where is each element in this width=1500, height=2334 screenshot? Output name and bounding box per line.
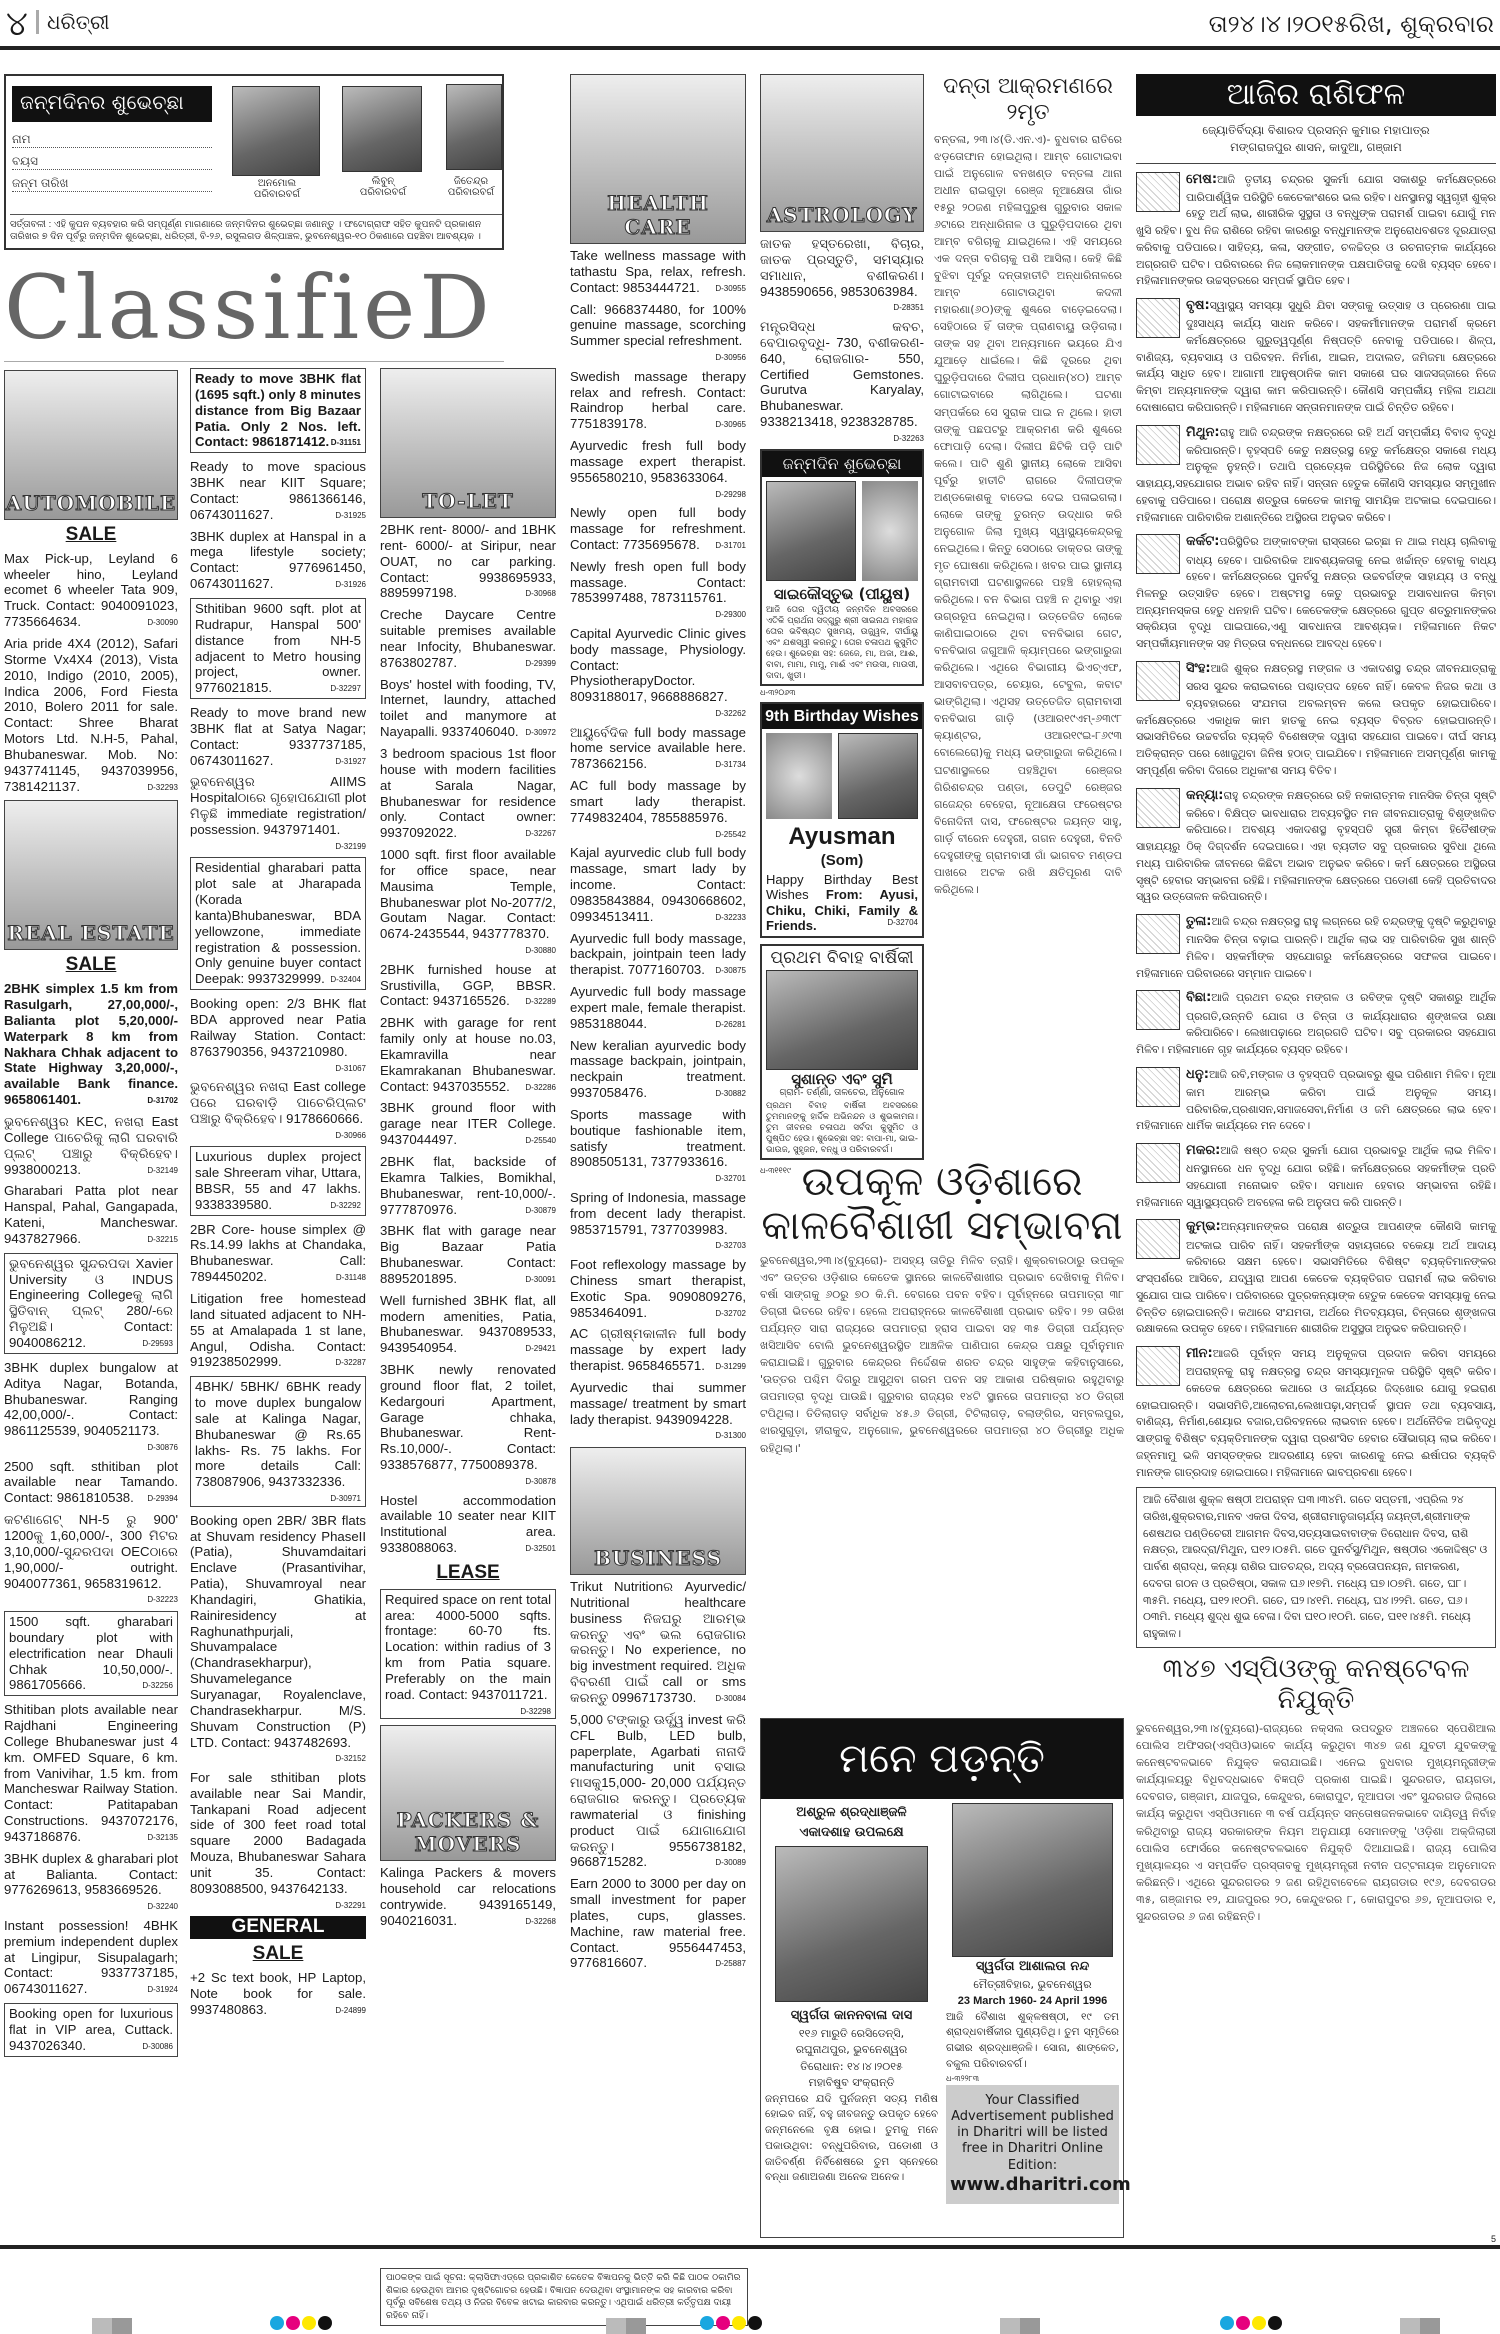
child-name: Ayusman (762, 823, 922, 852)
ad-text: 3BHK newly renovated ground floor flat, … (380, 1362, 556, 1472)
classified-ad: 3BHK ground floor with garage near ITER … (380, 1100, 556, 1148)
classified-ad: ଭୁବନେଶ୍ୱର ସୁନ୍ଦରପଦା Xavier University ଓ … (4, 1253, 178, 1354)
couple-names: ସୁଶାନ୍ତ ଏବଂ ସୁମି (762, 1070, 922, 1088)
zodiac-name: ମିଥୁନ: (1186, 425, 1220, 440)
print-gray-mark (1000, 2318, 1040, 2334)
issue-date: ତା୨୪।୪।୨୦୧୫ରିଖ, ଶୁକ୍ରବାର (1209, 10, 1494, 38)
ad-text: 5,000 ଟଙ୍କାରୁ ଊର୍ଦ୍ଧ୍ୱ invest କରି CFL Bu… (570, 1712, 746, 1870)
zodiac-entry: ବୃଷ:ସ୍ୱାସ୍ଥ୍ୟ ସମସ୍ୟା ସୁଧୁରି ଯିବା ସଙ୍ଗକୁ … (1136, 296, 1496, 417)
ad-text: Trikut Nutritionର Ayurvedic/ Nutritional… (570, 1579, 746, 1705)
deceased-photo-1 (775, 1846, 928, 2002)
classified-ad: Take wellness massage with tathastu Spa,… (570, 248, 746, 296)
zodiac-name: ତୁଳା: (1186, 914, 1212, 929)
healthcare-image: HEALTH CARE (570, 74, 746, 244)
ad-code: D-31299 (715, 1362, 746, 1372)
classified-ad: Litigation free homestead land situated … (190, 1291, 366, 1370)
ad-code: D-30966 (335, 1131, 366, 1141)
child-photo-2 (342, 86, 422, 172)
zodiac-sign-icon (1136, 788, 1180, 828)
age-field[interactable]: ବୟସ (12, 154, 212, 170)
ad-text: Sports massage with boutique fashionable… (570, 1107, 746, 1170)
ad-text: ଭୁବନେଶ୍ୱର ନଖରା East college ପରେ ଘରବାଡ଼ି … (190, 1079, 366, 1126)
ad-code: D-31151 (331, 438, 361, 448)
ad-code: D-29394 (147, 1494, 178, 1504)
zodiac-name: ସିଂହ: (1186, 661, 1211, 676)
classified-ad: 2BHK simplex 1.5 km from Rasulgarh, 27,0… (4, 981, 178, 1108)
reader-notice: ପାଠକଙ୍କ ପାଇଁ ସୂଚନା: କ୍ଲାସିଫାଏଡ୍‌ରେ ପ୍ରକା… (380, 2268, 748, 2326)
ad-code: D-32256 (142, 1681, 173, 1691)
classified-ad: For sale sthitiban plots available near … (190, 1770, 366, 1910)
classified-ad: 2500 sqft. sthitiban plot available near… (4, 1459, 178, 1507)
ad-code: D-30972 (525, 728, 556, 738)
child-photo (766, 481, 856, 581)
tribute-heading: ଅଶ୍ରୁଳ ଶ୍ରଦ୍ଧାଞ୍ଜଳି (765, 1803, 938, 1823)
classified-ad: ଜାତକ ହସ୍ତରେଖା, ବିଚାର, ଜାତକ ପ୍ରସ୍ତୁତି, ସମ… (760, 236, 924, 313)
ad-code: D-32268 (525, 1917, 556, 1927)
ad-text: Spring of Indonesia, massage from decent… (570, 1190, 746, 1237)
print-gray-mark (92, 2318, 132, 2334)
page-header: ୪ ଧରିତ୍ରୀ ତା୨୪।୪।୨୦୧୫ରିଖ, ଶୁକ୍ରବାର (0, 0, 1500, 50)
classified-ad: Luxurious duplex project sale Shreeram v… (190, 1146, 366, 1215)
classified-ad: Hostel accommodation available 10 seater… (380, 1493, 556, 1556)
ad-code: D-32287 (335, 1358, 366, 1368)
classified-ad: 3BHK duplex & gharabari plot at Balianta… (4, 1851, 178, 1912)
ad-code: D-30880 (525, 946, 556, 956)
classified-ad: 2BHK furnished house at Srustivilla, GGP… (380, 962, 556, 1010)
ad-code: D-31925 (335, 511, 366, 521)
ad-text: Newly fresh open full body massage. Cont… (570, 559, 746, 606)
zodiac-name: ମକର: (1186, 1143, 1220, 1158)
ad-code: D-32135 (147, 1833, 178, 1843)
classified-ad: 3BHK duplex at Hanspal in a mega lifesty… (190, 529, 366, 592)
news-kalbaisakhi: ଉପକୂଳ ଓଡ଼ିଶାରେ କାଳବୈଶାଖୀ ସମ୍ଭାବନା ଭୁବନେଶ… (760, 1160, 1124, 1457)
sale-heading: SALE (4, 524, 178, 547)
ad-code: D-32292 (330, 1201, 361, 1211)
ad-code: D-29593 (142, 1339, 173, 1349)
name-field[interactable]: ନାମ (12, 132, 212, 148)
zodiac-sign-icon (1136, 1067, 1180, 1107)
zodiac-entry: କର୍କଟ:ପରିସ୍ଥିତିର ଅଙ୍କାବଙ୍କା ରାସ୍ତାରେ ଇଚ୍… (1136, 532, 1496, 653)
classified-ad: AC full body massage by smart lady thera… (570, 778, 746, 839)
zodiac-name: କନ୍ୟା: (1186, 788, 1223, 803)
classified-ad: 3BHK flat with garage near Big Bazaar Pa… (380, 1223, 556, 1286)
ad-code: D-32404 (330, 975, 361, 985)
classified-ad: 2BR Core- house simplex @ Rs.14.99 lakhs… (190, 1222, 366, 1285)
column-real-estate-2: Ready to move 3BHK flat (1695 sqft.) onl… (190, 368, 366, 2023)
anniversary-ad: ପ୍ରଥମ ବିବାହ ବାର୍ଷିକୀ ସୁଶାନ୍ତ ଏବଂ ସୁମି ଗ୍… (760, 944, 924, 1160)
zodiac-sign-icon (1136, 990, 1180, 1030)
classified-ad: AC ଗ୍ରୀଷ୍ମକାଳୀନ full body massage by exp… (570, 1326, 746, 1374)
classified-ad: 3BHK duplex bungalow at Aditya Nagar, Bo… (4, 1360, 178, 1453)
classified-ad: Swedish massage therapy relax and refres… (570, 369, 746, 432)
news-body: ଭୁବନେଶ୍ୱର,୨୩।୪(ବ୍ୟୁରୋ)-ରାଜ୍ୟରେ ନକ୍ସଲ ଉପଦ… (1136, 1720, 1496, 1925)
ad-text: ଜାତକ ହସ୍ତରେଖା, ବିଚାର, ଜାତକ ପ୍ରସ୍ତୁତି, ସମ… (760, 236, 924, 299)
ad-text: 4BHK/ 5BHK/ 6BHK ready to move duplex bu… (195, 1379, 361, 1489)
zodiac-entry: ମିଥୁନ:ରାହୁ ଆଜି ଚନ୍ଦ୍ରଙ୍କ ନକ୍ଷତ୍ରରେ ରହି ଅ… (1136, 423, 1496, 527)
classified-ad: Booking open for luxurious flat in VIP a… (4, 2003, 178, 2057)
ad-code: D-31701 (715, 541, 746, 551)
photo-caption-2: ଲିବୁନ୍ପରିବାରବର୍ଗ (338, 176, 428, 198)
ad-code: D-32703 (715, 1241, 746, 1251)
cmyk-registration-mark (1220, 2316, 1284, 2334)
automobile-image: AUTOMOBILE (4, 370, 178, 520)
ad-code: D-32223 (147, 1595, 178, 1605)
classified-ad: 1500 sqft. gharabari boundary plot with … (4, 1611, 178, 1696)
print-gray-mark (1400, 2318, 1440, 2334)
classified-ad: 3BHK newly renovated ground floor flat, … (380, 1362, 556, 1487)
tribute-subheading: ଏକାଦଶାହ ଉପଲକ୍ଷେ (765, 1823, 938, 1843)
ad-code: D-25540 (525, 1136, 556, 1146)
zodiac-name: ବୃଷ: (1186, 298, 1210, 313)
ad-code: D-32289 (525, 997, 556, 1007)
ad-code: D-31702 (147, 1096, 178, 1106)
ad-text: 1000 sqft. first floor available for off… (380, 847, 556, 941)
horoscope-section: ଆଜିର ରାଶିଫଳ ଜ୍ୟୋତିର୍ବିଦ୍ୟା ବିଶାରଦ ପ୍ରସନ୍… (1136, 74, 1496, 1925)
ad-code: D-32291 (335, 1901, 366, 1911)
zodiac-sign-icon (1136, 661, 1180, 701)
ad-code: D-29298 (715, 490, 746, 500)
memorial-message-2: ଆଜି ବୈଶାଖ ଶୁକ୍ଳଷଷ୍ଠୀ, ୧୯ ତମ ଶ୍ରାଦ୍ଧବାର୍ଷ… (946, 2010, 1119, 2073)
ad-code: D-31734 (715, 760, 746, 770)
classified-ad: Ayurvedic full body massage, backpain, j… (570, 931, 746, 979)
ad-code: D-29421 (525, 1344, 556, 1354)
zodiac-sign-icon (1136, 172, 1180, 212)
ad-text: Aria pride 4X4 (2012), Safari Storme Vx4… (4, 636, 178, 794)
ad-code: D-24899 (335, 2006, 366, 2016)
classified-ad: Call: 9668374480, for 100% genuine massa… (570, 302, 746, 363)
zodiac-prediction: ରାହୁ ଚନ୍ଦ୍ରଙ୍କ ନକ୍ଷତ୍ରରେ ରହି ନକାରାତ୍ମକ ମ… (1136, 789, 1496, 904)
ad-code: D-30876 (147, 1443, 178, 1453)
ad-text: Residential gharabari patta plot sale at… (195, 860, 361, 986)
zodiac-prediction: ଅନ୍ୟମାନଙ୍କର ପରୋକ୍ଷ ଶତ୍ରୁତା ଆପଣଙ୍କ କୌଣସି … (1136, 1220, 1496, 1335)
classified-ad: Ayurvedic thai summer massage/ treatment… (570, 1380, 746, 1441)
business-image: BUSINESS (570, 1447, 746, 1575)
memorial-message-1: ଜନ୍ମପରେ ଯଦି ପୁର୍ନଜନ୍ମ ସତ୍ୟ ମଣିଷ ହୋଇବ ନାହ… (765, 2092, 938, 2187)
ad-code: D-29300 (715, 610, 746, 620)
classified-ad: Sports massage with boutique fashionable… (570, 1107, 746, 1184)
ad-code: D-32702 (715, 1309, 746, 1319)
classified-ad: 2BHK flat, backside of Ekamra Talkies, B… (380, 1154, 556, 1217)
news-headline: ୩୪୭ ଏସ୍‌ପିଓଙ୍କୁ କନଷ୍ଟେବଳ ନିଯୁକ୍ତି (1136, 1654, 1496, 1716)
ad-text: 3 bedroom spacious 1st floor house with … (380, 746, 556, 840)
balloons-icon (862, 481, 918, 581)
ad-text: Sthitiban 9600 sqft. plot at Rudrapur, H… (195, 601, 361, 695)
ad-code: D-30882 (715, 1089, 746, 1099)
zodiac-entry: ମକର:ଆଜି ଷଷ୍ଠ ଚନ୍ଦ୍ର ସୁକର୍ମା ଯୋଗ ପ୍ରଭାବରୁ… (1136, 1141, 1496, 1211)
ad-code: D-32293 (147, 783, 178, 793)
classified-ad: Ayurvedic fresh full body massage expert… (570, 438, 746, 499)
birthday-wish-title: ଜନ୍ମଦିନ ଶୁଭେଚ୍ଛା (762, 451, 922, 476)
ad-code: D-32149 (147, 1166, 178, 1176)
coupon-terms: ସର୍ତ୍ତାବଳୀ : ଏହି କୁପନ ବ୍ୟବହାର କରି ସମ୍ପୂର… (10, 214, 502, 244)
online-edition-promo: Your Classified Advertisement published … (946, 2085, 1119, 2205)
ad-code: D-31148 (336, 1273, 366, 1283)
couple-photo (766, 970, 918, 1070)
anniversary-message: ପ୍ରଥମ ବିବାହ ବାର୍ଷିକୀ ଅବସରରେ ତୁମମାନଙ୍କୁ ହ… (762, 1099, 922, 1158)
classified-ad: Earn 2000 to 3000 per day on small inves… (570, 1876, 746, 1971)
deceased-name-1: ସ୍ୱର୍ଗତା କାନନବାଳା ଦାସ (765, 2006, 938, 2026)
classified-ad: Booking open: 2/3 BHK flat BDA approved … (190, 996, 366, 1073)
ad-text: 2BHK simplex 1.5 km from Rasulgarh, 27,0… (4, 981, 178, 1107)
column-healthcare-business: HEALTH CARE Take wellness massage with t… (570, 74, 746, 1977)
ad-code: D-28351 (893, 303, 924, 313)
ayusman-photo (838, 733, 918, 819)
life-dates: 23 March 1960- 24 April 1996 (946, 1993, 1119, 2010)
classified-ad: 5,000 ଟଙ୍କାରୁ ଊର୍ଦ୍ଧ୍ୱ invest କରି CFL Bu… (570, 1712, 746, 1870)
couple-village: ଗ୍ରାମ- ତର୍ଣ୍ଣାଁ, ତାଳଚେର, ଅନୁଗୋଳ (762, 1088, 922, 1099)
ad-code: D-32152 (335, 1754, 366, 1764)
ad-text: Booking open: 2/3 BHK flat BDA approved … (190, 996, 366, 1059)
classified-ad: ଭୁବନେଶ୍ୱର ନଖରା East college ପରେ ଘରବାଡ଼ି … (190, 1079, 366, 1140)
ad-code: D-32298 (520, 1707, 551, 1717)
birthday-coupon: ଜନ୍ମଦିନର ଶୁଭେଚ୍ଛା ନାମ ବୟସ ଜନ୍ମ ତାରିଖ ଅନମ… (4, 74, 504, 250)
ad-code: D-32297 (330, 684, 361, 694)
classified-ad: Capital Ayurvedic Clinic gives body mass… (570, 626, 746, 719)
ad-text: Capital Ayurvedic Clinic gives body mass… (570, 626, 746, 704)
coupon-title: ଜନ୍ମଦିନର ଶୁଭେଚ୍ଛା (12, 86, 212, 122)
zodiac-sign-icon (1136, 298, 1180, 338)
zodiac-sign-icon (1136, 914, 1180, 954)
classified-ad: Trikut Nutritionର Ayurvedic/ Nutritional… (570, 1579, 746, 1706)
real-estate-image: REAL ESTATE (4, 800, 178, 950)
astrologer-info: ଜ୍ୟୋତିର୍ବିଦ୍ୟା ବିଶାରଦ ପ୍ରସନ୍ନ କୁମାର ମହାପ… (1136, 116, 1496, 164)
zodiac-sign-icon (1136, 425, 1180, 465)
ad-code: D-29399 (525, 659, 556, 669)
ad-code: D-30878 (525, 1477, 556, 1487)
cmyk-registration-mark (270, 2316, 334, 2334)
classified-ad: Ayurvedic full body massage expert male,… (570, 984, 746, 1032)
ad-text: Required space on rent total area: 4000-… (385, 1592, 551, 1702)
classified-ad: Required space on rent total area: 4000-… (380, 1589, 556, 1720)
news-elephant-attack: ଦନ୍ତା ଆକ୍ରମଣରେ ୨ମୃତ ବନ୍ତଳା, ୨୩।୪(ଡି.ଏନ.ଏ… (934, 74, 1122, 898)
classified-ad: 4BHK/ 5BHK/ 6BHK ready to move duplex bu… (190, 1376, 366, 1507)
classified-ad: ଆୟୁର୍ବେଦିକ full body massage home servic… (570, 725, 746, 773)
zodiac-name: ଧନୁ: (1186, 1067, 1209, 1082)
ad-code: ଧ-୩୨୦୬୩ (760, 688, 924, 698)
ad-code: D-30955 (715, 284, 746, 294)
classified-ad: Newly open full body massage for refresh… (570, 505, 746, 553)
zodiac-entry: ତୁଳା:ଆଜି ଚନ୍ଦ୍ର ନକ୍ଷତ୍ରସ୍ଥ ରାହୁ ଲଗ୍ନରେ ର… (1136, 912, 1496, 982)
ad-code: D-32267 (525, 829, 556, 839)
birthday-message: ଆଜି ତୋର ଦ୍ୱିତୀୟ ଜନ୍ମଦିନ ଅବସରରେ ଏତିକି ପ୍ର… (762, 603, 922, 684)
address-line-1: ୧୧୬ ମାରୁତି ରେସିଡେନ୍ସି, (765, 2026, 938, 2043)
ad-code: D-31300 (715, 1431, 746, 1441)
ad-text: Sthitiban plots available near Rajdhani … (4, 1702, 178, 1844)
classified-ad: କଟଣାଗେଟ୍ NH-5 ରୁ 900' 1200କୁ 1,60,000/-,… (4, 1512, 178, 1605)
print-gray-mark (606, 2318, 646, 2334)
classified-ad: Ready to move 3BHK flat (1695 sqft.) onl… (190, 368, 366, 453)
zodiac-prediction: ଆଜରି ପୂର୍ବାହ୍ନ ସମୟ ଅନୁକୂଳତା ପ୍ରଦାନ କରିବା… (1136, 1347, 1496, 1479)
news-headline: ଉପକୂଳ ଓଡ଼ିଶାରେ କାଳବୈଶାଖୀ ସମ୍ଭାବନା (760, 1160, 1124, 1248)
anniversary-title: ପ୍ରଥମ ବିବାହ ବାର୍ଷିକୀ (762, 946, 922, 970)
ad-text: 3BHK duplex bungalow at Aditya Nagar, Bo… (4, 1360, 178, 1438)
classified-ad: Newly fresh open full body massage. Cont… (570, 559, 746, 620)
cmyk-registration-mark (700, 2316, 764, 2334)
ad-code: D-30089 (715, 1858, 746, 1868)
zodiac-entry: କନ୍ୟା:ରାହୁ ଚନ୍ଦ୍ରଙ୍କ ନକ୍ଷତ୍ରରେ ରହି ନକାରା… (1136, 786, 1496, 907)
memorial-ad: ମନେ ପଡ଼ନ୍ତି ଅଶ୍ରୁଳ ଶ୍ରଦ୍ଧାଞ୍ଜଳି ଏକାଦଶାହ … (760, 1718, 1124, 2238)
classified-ad: Foot reflexology massage by Chiness smar… (570, 1257, 746, 1320)
website-link[interactable]: www.dharitri.com (950, 2174, 1115, 2197)
zodiac-entry: କୁମ୍ଭ:ଅନ୍ୟମାନଙ୍କର ପରୋକ୍ଷ ଶତ୍ରୁତା ଆପଣଙ୍କ … (1136, 1217, 1496, 1338)
classified-ad: Spring of Indonesia, massage from decent… (570, 1190, 746, 1251)
classified-ad: Sthitiban 9600 sqft. plot at Rudrapur, H… (190, 598, 366, 699)
classified-ad: Well furnished 3BHK flat, all modern ame… (380, 1293, 556, 1356)
ad-code: D-30879 (525, 1206, 556, 1216)
column-tolet: TO-LET 2BHK rent- 8000/- and 1BHK rent- … (380, 368, 556, 1935)
zodiac-entry: ମୀନ:ଆଜରି ପୂର୍ବାହ୍ନ ସମୟ ଅନୁକୂଳତା ପ୍ରଦାନ କ… (1136, 1344, 1496, 1481)
classified-banner: ClassifieD (4, 254, 504, 362)
zodiac-entry: ସିଂହ:ଆଜି ଶୁକ୍ର ନକ୍ଷତ୍ରସ୍ଥ ମଙ୍ଗଳ ଓ ଏକାଦଶସ… (1136, 659, 1496, 780)
astrology-image: ASTROLOGY (760, 74, 924, 232)
classified-ad: 2BHK with garage for rent family only at… (380, 1015, 556, 1094)
zodiac-sign-icon (1136, 1219, 1180, 1259)
ad-code: D-30086 (142, 2042, 173, 2052)
classified-ad: Creche Daycare Centre suitable premises … (380, 607, 556, 670)
ad-code: D-32233 (715, 913, 746, 923)
zodiac-prediction: ରାହୁ ଆଜି ଚନ୍ଦ୍ରଙ୍କ ନକ୍ଷତ୍ରରେ ରହି ଅର୍ଥ ସମ… (1136, 426, 1496, 524)
ad-text: Call: 9668374480, for 100% genuine massa… (570, 302, 746, 349)
memorial-title: ମନେ ପଡ଼ନ୍ତି (761, 1719, 1123, 1799)
ninth-birthday-title: 9th Birthday Wishes (762, 704, 922, 729)
horoscope-title: ଆଜିର ରାଶିଫଳ (1136, 74, 1496, 116)
ad-text: 3BHK duplex & gharabari plot at Balianta… (4, 1851, 178, 1898)
ninth-birthday-ad: 9th Birthday Wishes Ayusman (Som) Happy … (760, 702, 924, 938)
balloons-icon (766, 733, 832, 819)
ad-code: D-30091 (525, 1275, 556, 1285)
classified-ad: 2BHK rent- 8000/- and 1BHK rent- 6000/- … (380, 522, 556, 601)
column-astrology: ASTROLOGY ଜାତକ ହସ୍ତରେଖା, ବିଚାର, ଜାତକ ପ୍ର… (760, 74, 924, 1176)
classified-ad: Aria pride 4X4 (2012), Safari Storme Vx4… (4, 636, 178, 794)
news-body: ଭୁବନେଶ୍ୱର,୨୩।୪(ବ୍ୟୁରୋ)- ଅସହ୍ୟ ତାତିରୁ ମିଳ… (760, 1252, 1124, 1457)
zodiac-prediction: ସ୍ୱାସ୍ଥ୍ୟ ସମସ୍ୟା ସୁଧୁରି ଯିବା ସଙ୍ଗକୁ ଉତ୍ସ… (1136, 299, 1496, 414)
classified-ad: New keralian ayurvedic body massage back… (570, 1038, 746, 1101)
tolet-image: TO-LET (380, 368, 556, 518)
child-nickname: (Som) (762, 852, 922, 870)
classified-ad: 1000 sqft. first floor available for off… (380, 847, 556, 956)
ad-code: D-30956 (715, 353, 746, 363)
ad-text: କଟଣାଗେଟ୍ NH-5 ରୁ 900' 1200କୁ 1,60,000/-,… (4, 1512, 178, 1590)
classified-ad: Booking open 2BR/ 3BR flats at Shuvam re… (190, 1513, 366, 1764)
ad-text: Earn 2000 to 3000 per day on small inves… (570, 1876, 746, 1970)
zodiac-list: ମେଷ:ଆଜି ତୃତୀୟ ଚନ୍ଦ୍ରର ସୁକର୍ମା ଯୋଗ ସକାଶରୁ… (1136, 170, 1496, 1482)
zodiac-entry: ବିଛା:ଆଜି ପ୍ରଥମ ଚନ୍ଦ୍ର ମଙ୍ଗଳ ଓ ରବିଙ୍କ ଦୃଷ… (1136, 988, 1496, 1058)
ad-code: D-32501 (525, 1544, 556, 1554)
birthday-wish-ad: ଜନ୍ମଦିନ ଶୁଭେଚ୍ଛା ସାଇକୌସ୍ତୁଭ (ପୀୟୁଷ) ଆଜି … (760, 449, 924, 686)
zodiac-entry: ଧନୁ:ଆଜି ରବି,ମଙ୍ଗଳ ଓ ବୃହସ୍ପତି ପ୍ରଭାବରୁ ଶୁ… (1136, 1065, 1496, 1135)
ad-code: D-30965 (715, 420, 746, 430)
column-automobile-realestate: AUTOMOBILE SALE Max Pick-up, Leyland 6 w… (4, 370, 178, 2063)
classified-ad: Ready to move brand new 3BHK flat at Sat… (190, 705, 366, 768)
general-sale-heading: SALE (190, 1943, 366, 1966)
footer-rule (0, 2245, 1500, 2249)
zodiac-prediction: ପରିସ୍ଥିତିର ଅଙ୍କାବଙ୍କା ରାସ୍ତାରେ ଇଚ୍ଛା ନ ଥ… (1136, 535, 1496, 650)
classified-ad: Kalinga Packers & movers household car r… (380, 1865, 556, 1928)
memorial-left: ଅଶ୍ରୁଳ ଶ୍ରଦ୍ଧାଞ୍ଜଳି ଏକାଦଶାହ ଉପଲକ୍ଷେ ସ୍ୱର… (761, 1799, 942, 2208)
address: ମୈତ୍ରୀବିହାର, ଭୁବନେଶ୍ୱର (946, 1977, 1119, 1994)
address-line-2: ରଘୁନାଥପୁର, ଭୁବନେଶ୍ୱର (765, 2042, 938, 2059)
ad-code: D-32215 (147, 1235, 178, 1245)
sale-heading-2: SALE (4, 954, 178, 977)
packers-movers-image: PACKERS & MOVERS (380, 1725, 556, 1861)
classified-ad: Residential gharabari patta plot sale at… (190, 857, 366, 990)
deceased-photo-2 (952, 1803, 1113, 1957)
ad-code: D-25542 (715, 830, 746, 840)
classified-ad: ଭୁବନେଶ୍ୱର KEC, ନଖରା East College ପାଚେରିକ… (4, 1114, 178, 1177)
zodiac-name: କୁମ୍ଭ: (1186, 1219, 1221, 1234)
zodiac-name: ମେଷ: (1186, 172, 1217, 187)
page-marker: 5 (1491, 2234, 1496, 2244)
zodiac-name: ମୀନ: (1186, 1346, 1213, 1361)
birthday-child-name: ସାଇକୌସ୍ତୁଭ (ପୀୟୁଷ) (762, 585, 922, 603)
classified-ad: Ready to move spacious 3BHK near KIIT Sq… (190, 459, 366, 522)
zodiac-name: କର୍କଟ: (1186, 534, 1219, 549)
classified-ad: ମନ୍ତ୍ରସିଦ୍ଧ କବଚ, ବେପାରବୃଦ୍ଧି- 730, ବଶୀକର… (760, 319, 924, 444)
occasion: ମହାବିଷୁବ ସଂକ୍ରାନ୍ତି (765, 2075, 938, 2092)
ad-text: For sale sthitiban plots available near … (190, 1770, 366, 1896)
ad-code: D-30084 (715, 1694, 746, 1704)
zodiac-prediction: ଆଜି ଶୁକ୍ର ନକ୍ଷତ୍ରସ୍ଥ ମଙ୍ଗଳ ଓ ଏକାଦଶସ୍ଥ ଚନ… (1136, 662, 1496, 777)
child-photo-1 (232, 86, 320, 176)
lease-heading: LEASE (380, 1562, 556, 1585)
ad-code: D-30090 (147, 618, 178, 628)
photo-caption-1: ଅନମୋଲପରିବାରବର୍ଗ (232, 178, 322, 200)
zodiac-prediction: ଆଜି ତୃତୀୟ ଚନ୍ଦ୍ରର ସୁକର୍ମା ଯୋଗ ସକାଶରୁ କର୍… (1136, 173, 1496, 288)
ad-text: ଭୁବନେଶ୍ୱର AIIMS Hospitalଠାରେ ଗୃହୋପଯୋଗୀ p… (190, 774, 366, 837)
news-body: ବନ୍ତଳା, ୨୩।୪(ଡି.ଏନ.ଏ)- ବୁଧବାର ରାତିରେ ଝଡ଼… (934, 131, 1122, 898)
astrologer-name: ଜ୍ୟୋତିର୍ବିଦ୍ୟା ବିଶାରଦ ପ୍ରସନ୍ନ କୁମାର ମହାପ… (1136, 122, 1496, 139)
ad-code: D-32704 (887, 918, 918, 928)
ad-text: AC full body massage by smart lady thera… (570, 778, 746, 825)
zodiac-name: ବିଛା: (1186, 990, 1211, 1005)
zodiac-sign-icon (1136, 1143, 1180, 1183)
zodiac-entry: ମେଷ:ଆଜି ତୃତୀୟ ଚନ୍ଦ୍ରର ସୁକର୍ମା ଯୋଗ ସକାଶରୁ… (1136, 170, 1496, 291)
ad-code: D-32263 (893, 434, 924, 444)
ad-code: D-31926 (335, 580, 366, 590)
deceased-name-2: ସ୍ୱର୍ଗତା ଆଶାଲତା ନନ୍ଦ (946, 1957, 1119, 1977)
ad-code: D-31924 (147, 1985, 178, 1995)
classified-ad: 3 bedroom spacious 1st floor house with … (380, 746, 556, 841)
newspaper-logo: ଧରିତ୍ରୀ (36, 10, 109, 34)
classified-ad: Gharabari Patta plot near Hanspal, Pahal… (4, 1183, 178, 1246)
page-number: ୪ (6, 4, 28, 44)
ad-text: ଭୁବନେଶ୍ୱର ସୁନ୍ଦରପଦା Xavier University ଓ … (9, 1256, 173, 1350)
memorial-right: ସ୍ୱର୍ଗତା ଆଶାଲତା ନନ୍ଦ ମୈତ୍ରୀବିହାର, ଭୁବନେଶ… (942, 1799, 1123, 2208)
birthdate-field[interactable]: ଜନ୍ମ ତାରିଖ (12, 176, 212, 192)
news-headline: ଦନ୍ତା ଆକ୍ରମଣରେ ୨ମୃତ (934, 74, 1122, 127)
classified-ad: +2 Sc text book, HP Laptop, Note book fo… (190, 1970, 366, 2018)
zodiac-sign-icon (1136, 1346, 1180, 1386)
classified-ad: Sthitiban plots available near Rajdhani … (4, 1702, 178, 1845)
classified-ad: Max Pick-up, Leyland 6 wheeler hino, Ley… (4, 551, 178, 630)
ad-code: D-25887 (715, 1959, 746, 1969)
ad-code: D-26281 (715, 1020, 746, 1030)
adult-photo-3 (446, 84, 502, 170)
astrologer-address: ମଙ୍ଗରାଜପୁର ଶାସନ, କାଦୁଆ, ଗଞ୍ଜାମ (1136, 139, 1496, 156)
general-heading: GENERAL (190, 1916, 366, 1939)
ad-code: D-30875 (715, 966, 746, 976)
classified-ad: ଭୁବନେଶ୍ୱର AIIMS Hospitalଠାରେ ଗୃହୋପଯୋଗୀ p… (190, 774, 366, 851)
ad-text: Ayurvedic fresh full body massage expert… (570, 438, 746, 485)
ad-code: D-31067 (335, 1064, 366, 1074)
ad-code: D-32240 (147, 1902, 178, 1912)
panchang-box: ଆଜି ବୈଶାଖ ଶୁକ୍ଳ ଷଷ୍ଠୀ ଅପରାହ୍ନ ଘ୩।୩୪ମି. ଗ… (1136, 1487, 1496, 1648)
zodiac-sign-icon (1136, 534, 1180, 574)
ad-code: D-32199 (335, 842, 366, 852)
ad-code: D-31927 (335, 757, 366, 767)
ad-text: Booking open 2BR/ 3BR flats at Shuvam re… (190, 1513, 366, 1750)
classified-ad: Instant possession! 4BHK premium indepen… (4, 1918, 178, 1997)
